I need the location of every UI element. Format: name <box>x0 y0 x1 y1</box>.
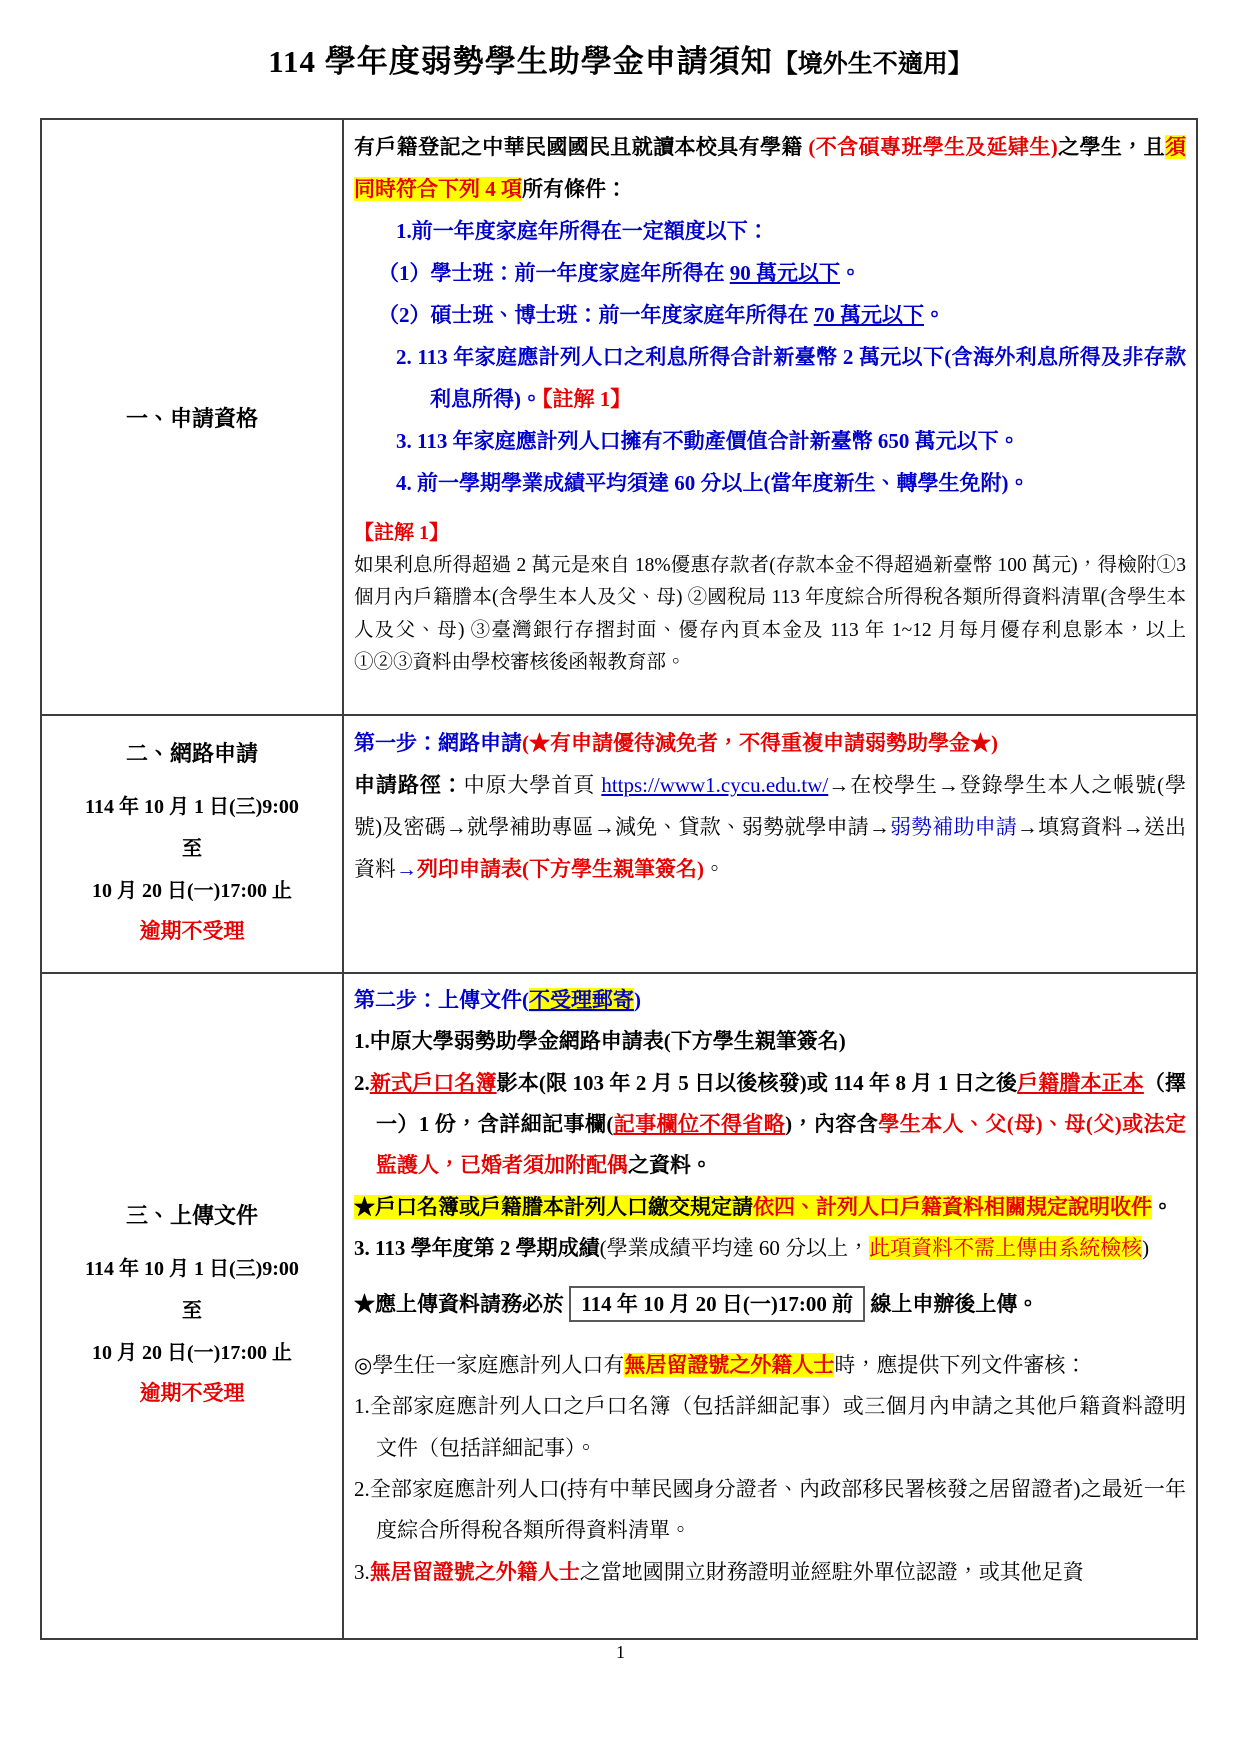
eligibility-intro: 有戶籍登記之中華民國國民且就讀本校具有學籍 (不含碩專班學生及延肄生)之學生，且… <box>354 126 1186 210</box>
period-start-date: 114 年 10 月 1 日(三)9:00 <box>46 1248 338 1290</box>
page-title-qualifier: 【境外生不適用】 <box>773 51 973 78</box>
upload-period: 114 年 10 月 1 日(三)9:00 至 10 月 20 日(一)17:0… <box>46 1248 338 1374</box>
household-note-period: 。 <box>1152 1195 1173 1219</box>
eligibility-intro-text: 有戶籍登記之中華民國國民且就讀本校具有學籍 <box>354 135 808 159</box>
eligibility-item-1-2-period: 。 <box>924 303 945 327</box>
row-online-application-content: 第一步：網路申請(★有申請優待減免者，不得重複申請弱勢助學金★) 申請路徑：中原… <box>343 715 1197 973</box>
upload-item-3: 3. 113 學年度第 2 學期成績(學業成績平均達 60 分以上，此項資料不需… <box>354 1228 1186 1269</box>
application-path: 申請路徑：中原大學首頁 https://www1.cycu.edu.tw/→在校… <box>354 764 1186 890</box>
upload-item-2-copy: 影本(限 103 年 2 月 5 日以後核發)或 114 年 8 月 1 日之後 <box>497 1071 1018 1095</box>
row-online-application: 二、網路申請 114 年 10 月 1 日(三)9:00 至 10 月 20 日… <box>41 715 1197 973</box>
upload-item-3-title: 3. 113 學年度第 2 學期成績 <box>354 1236 600 1260</box>
upload-item-3-system-check: 此項資料不需上傳由系統檢核 <box>869 1236 1142 1260</box>
footnote-body: 如果利息所得超過 2 萬元是來自 18%優惠存款者(存款本金不得超過新臺幣 10… <box>354 550 1186 679</box>
row-eligibility-header: 一、申請資格 <box>41 119 343 715</box>
eligibility-intro-exclusion: (不含碩專班學生及延肄生) <box>808 135 1057 159</box>
section-title-online-application: 二、網路申請 <box>46 737 338 768</box>
overdue-warning: 逾期不受理 <box>46 1374 338 1414</box>
upload-deadline-end: 線上申辦後上傳。 <box>865 1292 1038 1316</box>
period-start-date: 114 年 10 月 1 日(三)9:00 <box>46 786 338 828</box>
period-to: 至 <box>46 828 338 870</box>
upload-deadline: ★應上傳資料請務必於 114 年 10 月 20 日(一)17:00 前 線上申… <box>354 1284 1186 1325</box>
application-notice-table: 一、申請資格 有戶籍登記之中華民國國民且就讀本校具有學籍 (不含碩專班學生及延肄… <box>40 118 1198 1640</box>
period-end-date: 10 月 20 日(一)17:00 止 <box>46 1332 338 1374</box>
foreign-member-intro-text: ◎學生任一家庭應計列人口有 <box>354 1353 624 1377</box>
eligibility-item-2-note-ref: 【註解 1】 <box>542 387 631 411</box>
application-path-label: 申請路徑： <box>354 773 464 797</box>
eligibility-item-1-1-period: 。 <box>840 261 861 285</box>
step1-title-warning: (★有申請優待減免者，不得重複申請弱勢助學金★) <box>522 731 998 755</box>
foreign-doc-1: 1.全部家庭應計列人口之戶口名簿（包括詳細記事）或三個月內申請之其他戶籍資料證明… <box>354 1386 1186 1469</box>
step2-title-close: ) <box>634 988 641 1012</box>
upload-item-3-detail: (學業成績平均達 60 分以上， <box>600 1236 870 1260</box>
foreign-doc-3-text: 之當地國開立財務證明並經駐外單位認證，或其他足資 <box>580 1560 1084 1584</box>
footnote-title: 【註解 1】 <box>354 516 1186 550</box>
step2-no-mail: 不受理郵寄 <box>529 988 634 1012</box>
application-path-homepage: 中原大學首頁 <box>464 773 602 797</box>
application-path-aid-menu: 弱勢補助申請 <box>890 815 1017 839</box>
period-end-date: 10 月 20 日(一)17:00 止 <box>46 870 338 912</box>
foreign-doc-3-highlight: 無居留證號之外籍人士 <box>370 1560 580 1584</box>
page-number: 1 <box>0 1642 1241 1663</box>
eligibility-intro-text3: 所有條件： <box>522 177 627 201</box>
upload-item-2-number: 2. <box>354 1071 370 1095</box>
eligibility-item-1-1-text: （1）學士班：前一年度家庭年所得在 <box>378 261 730 285</box>
application-path-period: 。 <box>704 857 725 881</box>
eligibility-item-1-2-limit: 70 萬元以下 <box>814 303 924 327</box>
upload-item-3-close: ) <box>1142 1236 1149 1260</box>
application-path-print: 列印申請表(下方學生親筆簽名) <box>417 857 704 881</box>
step2-title: 第二步：上傳文件(不受理郵寄) <box>354 980 1186 1021</box>
foreign-member-highlight: 無居留證號之外籍人士 <box>624 1353 834 1377</box>
document-page: 114 學年度弱勢學生助學金申請須知【境外生不適用】 一、申請資格 有戶籍登記之… <box>0 0 1241 1755</box>
step2-title-text: 第二步：上傳文件( <box>354 988 529 1012</box>
upload-item-2: 2.新式戶口名簿影本(限 103 年 2 月 5 日以後核發)或 114 年 8… <box>354 1063 1186 1187</box>
foreign-doc-3-number: 3. <box>354 1560 370 1584</box>
eligibility-item-4: 4. 前一學期學業成績平均須達 60 分以上(當年度新生、轉學生免附)。 <box>354 462 1186 504</box>
eligibility-item-2: 2. 113 年家庭應計列人口之利息所得合計新臺幣 2 萬元以下(含海外利息所得… <box>354 336 1186 420</box>
upload-deadline-text: ★應上傳資料請務必於 <box>354 1292 569 1316</box>
eligibility-item-1: 1.前一年度家庭年所得在一定額度以下： <box>354 210 1186 252</box>
eligibility-item-1-2-text: （2）碩士班、博士班：前一年度家庭年所得在 <box>378 303 814 327</box>
step1-title-text: 第一步：網路申請 <box>354 731 522 755</box>
household-note-text: ★戶口名簿或戶籍謄本計列人口繳交規定請 <box>354 1195 753 1219</box>
eligibility-item-1-2: （2）碩士班、博士班：前一年度家庭年所得在 70 萬元以下。 <box>354 294 1186 336</box>
upload-item-2-no-omit: 記事欄位不得省略 <box>613 1112 785 1136</box>
page-title: 114 學年度弱勢學生助學金申請須知【境外生不適用】 <box>0 36 1241 81</box>
upload-item-2-transcript-original: 戶籍謄本正本 <box>1017 1071 1144 1095</box>
section-title-eligibility: 一、申請資格 <box>46 402 338 433</box>
page-title-main: 114 學年度弱勢學生助學金申請須知 <box>268 44 773 79</box>
overdue-warning: 逾期不受理 <box>46 912 338 952</box>
eligibility-item-1-1: （1）學士班：前一年度家庭年所得在 90 萬元以下。 <box>354 252 1186 294</box>
upload-item-2-contains: )，內容含 <box>785 1112 878 1136</box>
row-upload-documents: 三、上傳文件 114 年 10 月 1 日(三)9:00 至 10 月 20 日… <box>41 973 1197 1639</box>
cycu-homepage-link[interactable]: https://www1.cycu.edu.tw/ <box>601 773 828 797</box>
row-eligibility-content: 有戶籍登記之中華民國國民且就讀本校具有學籍 (不含碩專班學生及延肄生)之學生，且… <box>343 119 1197 715</box>
foreign-member-intro-end: 時，應提供下列文件審核： <box>834 1353 1086 1377</box>
row-upload-documents-content: 第二步：上傳文件(不受理郵寄) 1.中原大學弱勢助學金網路申請表(下方學生親筆簽… <box>343 973 1197 1639</box>
step1-title: 第一步：網路申請(★有申請優待減免者，不得重複申請弱勢助學金★) <box>354 722 1186 764</box>
upload-deadline-date-box: 114 年 10 月 20 日(一)17:00 前 <box>569 1286 865 1323</box>
foreign-doc-3: 3.無居留證號之外籍人士之當地國開立財務證明並經駐外單位認證，或其他足資 <box>354 1552 1186 1593</box>
eligibility-item-3: 3. 113 年家庭應計列人口擁有不動產價值合計新臺幣 650 萬元以下。 <box>354 420 1186 462</box>
upload-item-2-household-register: 新式戶口名簿 <box>370 1071 497 1095</box>
online-application-period: 114 年 10 月 1 日(三)9:00 至 10 月 20 日(一)17:0… <box>46 786 338 912</box>
household-note-rule-ref: 依四、計列人口戶籍資料相關規定說明收件 <box>753 1195 1152 1219</box>
upload-item-2-end: 之資料。 <box>628 1153 712 1177</box>
foreign-member-intro: ◎學生任一家庭應計列人口有無居留證號之外籍人士時，應提供下列文件審核： <box>354 1345 1186 1386</box>
period-to: 至 <box>46 1290 338 1332</box>
application-path-arrow: → <box>396 857 417 881</box>
row-eligibility: 一、申請資格 有戶籍登記之中華民國國民且就讀本校具有學籍 (不含碩專班學生及延肄… <box>41 119 1197 715</box>
section-title-upload: 三、上傳文件 <box>46 1199 338 1230</box>
row-online-application-header: 二、網路申請 114 年 10 月 1 日(三)9:00 至 10 月 20 日… <box>41 715 343 973</box>
row-upload-documents-header: 三、上傳文件 114 年 10 月 1 日(三)9:00 至 10 月 20 日… <box>41 973 343 1639</box>
eligibility-item-2-text: 2. 113 年家庭應計列人口之利息所得合計新臺幣 2 萬元以下(含海外利息所得… <box>396 345 1186 411</box>
household-note: ★戶口名簿或戶籍謄本計列人口繳交規定請依四、計列人口戶籍資料相關規定說明收件。 <box>354 1187 1186 1228</box>
foreign-doc-2: 2.全部家庭應計列人口(持有中華民國身分證者、內政部移民署核發之居留證者)之最近… <box>354 1469 1186 1552</box>
eligibility-item-1-1-limit: 90 萬元以下 <box>730 261 840 285</box>
eligibility-intro-text2: 之學生，且 <box>1058 135 1165 159</box>
upload-item-1: 1.中原大學弱勢助學金網路申請表(下方學生親筆簽名) <box>354 1021 1186 1062</box>
